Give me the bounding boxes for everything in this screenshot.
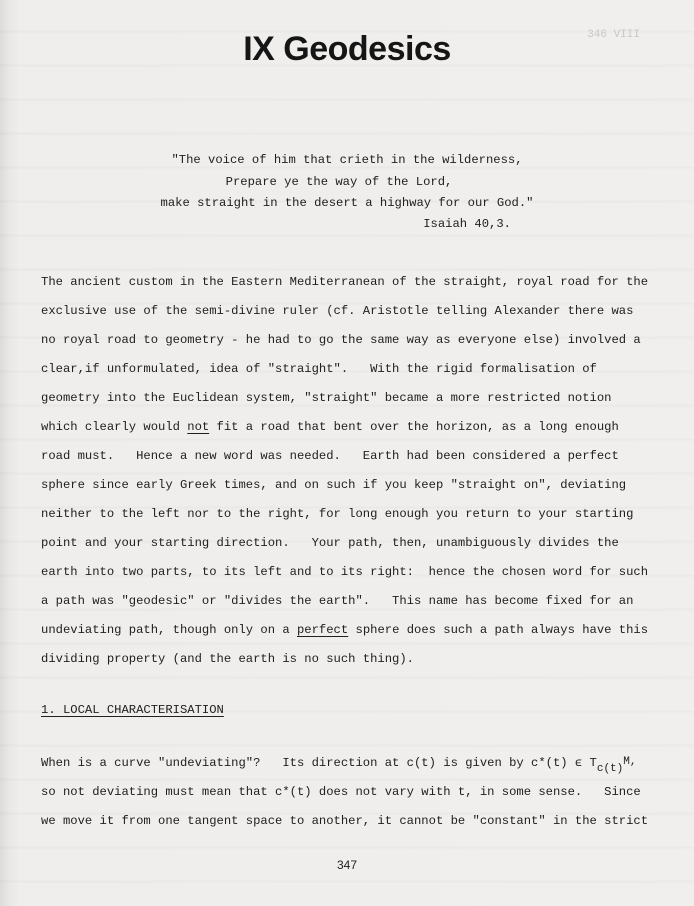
text-segment: which clearly would [41,420,187,434]
superscript: M, [623,756,636,768]
paragraph-line: which clearly would not fit a road that … [41,420,619,434]
chapter-title: IX Geodesics [0,30,694,69]
paragraph-line: When is a curve "undeviating"? Its direc… [41,756,636,770]
paragraph-line: clear,if unformulated, idea of "straight… [41,362,597,376]
paragraph-line: so not deviating must mean that c*(t) do… [41,785,641,799]
paragraph-line: undeviating path, though only on a perfe… [41,623,648,637]
text-segment: sphere does such a path always have this [348,623,648,637]
epigraph-line: Prepare ye the way of the Lord, [0,175,686,189]
epigraph-line: make straight in the desert a highway fo… [0,196,694,210]
emphasis-perfect: perfect [297,623,348,637]
paragraph-line: sphere since early Greek times, and on s… [41,478,626,492]
text-segment: When is a curve "undeviating"? Its direc… [41,756,597,770]
text-segment: undeviating path, though only on a [41,623,297,637]
subscript: c(t) [597,763,623,775]
epigraph-line: "The voice of him that crieth in the wil… [0,153,694,167]
paragraph-line: we move it from one tangent space to ano… [41,814,648,828]
paragraph-line: point and your starting direction. Your … [41,536,619,550]
text-segment: fit a road that bent over the horizon, a… [209,420,619,434]
page-number: 347 [0,858,694,872]
paragraph-line: road must. Hence a new word was needed. … [41,449,619,463]
paragraph-line: dividing property (and the earth is no s… [41,652,414,666]
paragraph-line: The ancient custom in the Eastern Medite… [41,275,648,289]
paragraph-line: geometry into the Euclidean system, "str… [41,391,611,405]
book-page: 346 VIII IX Geodesics "The voice of him … [0,0,694,906]
emphasis-not: not [187,420,209,434]
section-heading: 1. LOCAL CHARACTERISATION [41,703,224,717]
paragraph-line: exclusive use of the semi-divine ruler (… [41,304,633,318]
paragraph-line: a path was "geodesic" or "divides the ea… [41,594,633,608]
paragraph-line: earth into two parts, to its left and to… [41,565,648,579]
paragraph-line: no royal road to geometry - he had to go… [41,333,641,347]
paragraph-line: neither to the left nor to the right, fo… [41,507,633,521]
epigraph-attribution: Isaiah 40,3. [423,217,511,231]
